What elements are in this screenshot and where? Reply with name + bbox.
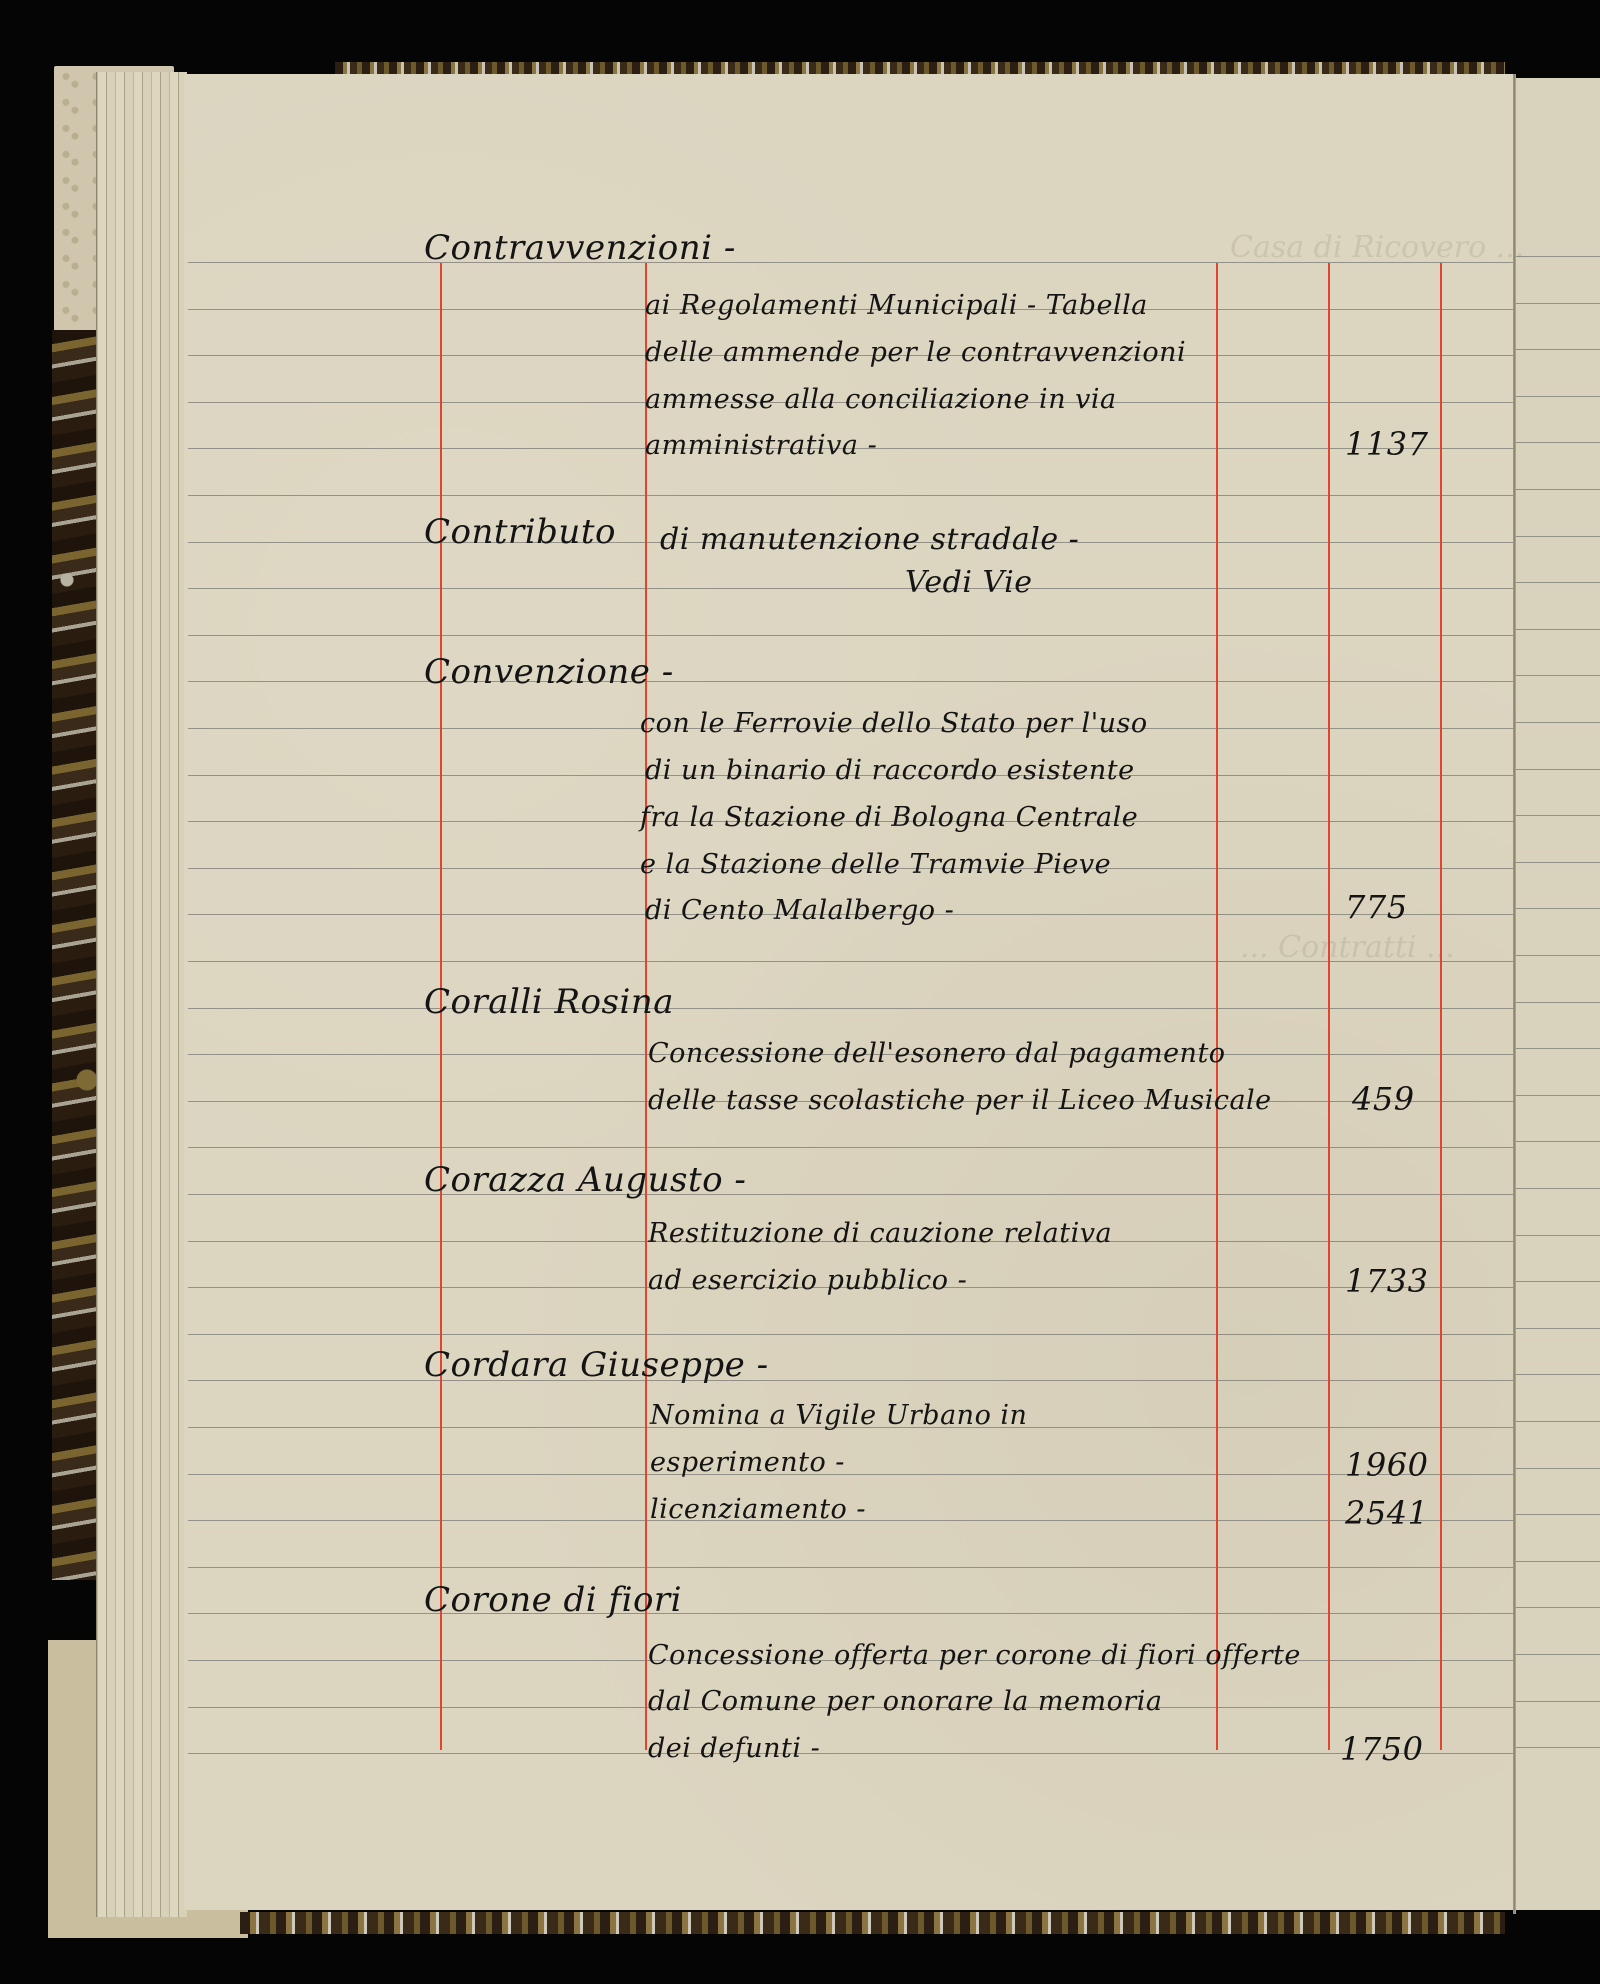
ruled-line-facing	[1516, 1654, 1600, 1655]
page-reference: 1960	[1345, 1446, 1428, 1484]
ruled-line-facing	[1516, 769, 1600, 770]
ruled-line-facing	[1516, 1701, 1600, 1702]
page-reference: 1137	[1345, 425, 1428, 463]
column-rule-2	[1328, 263, 1330, 1750]
ruled-line-facing	[1516, 396, 1600, 397]
ruled-line-facing	[1516, 1421, 1600, 1422]
ruled-line	[188, 635, 1513, 636]
ruled-line-facing	[1516, 489, 1600, 490]
entry-line: amministrativa -	[645, 430, 877, 461]
ruled-line	[188, 588, 1513, 589]
page-reference: 775	[1345, 888, 1408, 926]
ruled-line-facing	[1516, 908, 1600, 909]
ruled-line-facing	[1516, 1747, 1600, 1748]
entry-line: delle tasse scolastiche per il Liceo Mus…	[648, 1085, 1272, 1116]
ruled-line-facing	[1516, 629, 1600, 630]
entry-line: con le Ferrovie dello Stato per l'uso	[640, 708, 1148, 739]
ruled-line	[188, 681, 1513, 682]
ruled-line-facing	[1516, 1607, 1600, 1608]
entry-heading: Coralli Rosina	[424, 982, 674, 1022]
facing-page-edge	[1516, 78, 1600, 1910]
ruled-line-facing	[1516, 1374, 1600, 1375]
ruled-line-facing	[1516, 256, 1600, 257]
entry-line: Restituzione di cauzione relativa	[648, 1218, 1112, 1249]
ruled-line-facing	[1516, 722, 1600, 723]
entry-line: licenziamento -	[650, 1494, 866, 1525]
entry-heading: Corone di fiori	[424, 1580, 682, 1620]
marbled-cover-left	[52, 330, 102, 1580]
page-reference: 1750	[1340, 1730, 1423, 1768]
ruled-line-facing	[1516, 1048, 1600, 1049]
entry-line: ammesse alla conciliazione in via	[645, 384, 1117, 415]
ruled-line	[188, 1008, 1513, 1009]
bleed-through-text: Casa di Ricovero ...	[1230, 230, 1524, 265]
page-stack-edges	[96, 72, 187, 1917]
ruled-line	[188, 495, 1513, 496]
ruled-line	[188, 1334, 1513, 1335]
ruled-line	[188, 961, 1513, 962]
page-reference: 459	[1352, 1080, 1415, 1118]
entry-heading: Convenzione -	[424, 652, 674, 692]
entry-line: fra la Stazione di Bologna Centrale	[640, 802, 1138, 833]
entry-heading: Cordara Giuseppe -	[424, 1345, 769, 1385]
entry-line: Concessione dell'esonero dal pagamento	[648, 1038, 1226, 1069]
entry-line: Concessione offerta per corone di fiori …	[648, 1640, 1301, 1671]
entry-heading: Contributo	[424, 512, 616, 552]
entry-line: e la Stazione delle Tramvie Pieve	[640, 849, 1111, 880]
ruled-line-facing	[1516, 1281, 1600, 1282]
entry-line: ad esercizio pubblico -	[648, 1265, 967, 1296]
ruled-line-facing	[1516, 1188, 1600, 1189]
entry-line: dei defunti -	[648, 1733, 820, 1764]
entry-heading: Corazza Augusto -	[424, 1160, 746, 1200]
entry-heading: Contravvenzioni -	[424, 228, 736, 268]
column-rule-3	[1440, 263, 1442, 1750]
ruled-line-facing	[1516, 1468, 1600, 1469]
page-reference: 2541	[1345, 1494, 1428, 1532]
ruled-line-facing	[1516, 536, 1600, 537]
entry-line: esperimento -	[650, 1447, 845, 1478]
ruled-line-facing	[1516, 862, 1600, 863]
ruled-line-facing	[1516, 955, 1600, 956]
ruled-line-facing	[1516, 1514, 1600, 1515]
marbled-cover-bottom	[240, 1912, 1505, 1934]
column-rule-1	[1216, 263, 1218, 1750]
ruled-line-facing	[1516, 1328, 1600, 1329]
entry-line: delle ammende per le contravvenzioni	[645, 337, 1186, 368]
entry-line: Nomina a Vigile Urbano in	[650, 1400, 1027, 1431]
ruled-line	[188, 1567, 1513, 1568]
ruled-line	[188, 262, 1513, 263]
ruled-line-facing	[1516, 1141, 1600, 1142]
entry-line: ai Regolamenti Municipali - Tabella	[645, 290, 1148, 321]
entry-line: dal Comune per onorare la memoria	[648, 1686, 1162, 1717]
entry-line: di un binario di raccordo esistente	[645, 755, 1135, 786]
page-reference: 1733	[1345, 1262, 1428, 1300]
ruled-line-facing	[1516, 815, 1600, 816]
ruled-line-facing	[1516, 349, 1600, 350]
ruled-line-facing	[1516, 1235, 1600, 1236]
bleed-through-text: ... Contratti ...	[1240, 930, 1455, 965]
ruled-line-facing	[1516, 1002, 1600, 1003]
ruled-line-facing	[1516, 1095, 1600, 1096]
ruled-line-facing	[1516, 442, 1600, 443]
ruled-line-facing	[1516, 675, 1600, 676]
ruled-line	[188, 1613, 1513, 1614]
ruled-line-facing	[1516, 303, 1600, 304]
ruled-line-facing	[1516, 582, 1600, 583]
ruled-line	[188, 1147, 1513, 1148]
ruled-line-facing	[1516, 1561, 1600, 1562]
ruled-line	[188, 1380, 1513, 1381]
ruled-line	[188, 1194, 1513, 1195]
ruled-line	[188, 1474, 1513, 1475]
entry-line: di Cento Malalbergo -	[645, 895, 954, 926]
ruled-line	[188, 1753, 1513, 1754]
cross-reference: Vedi Vie	[905, 565, 1033, 600]
entry-heading-continuation: di manutenzione stradale -	[660, 522, 1079, 557]
